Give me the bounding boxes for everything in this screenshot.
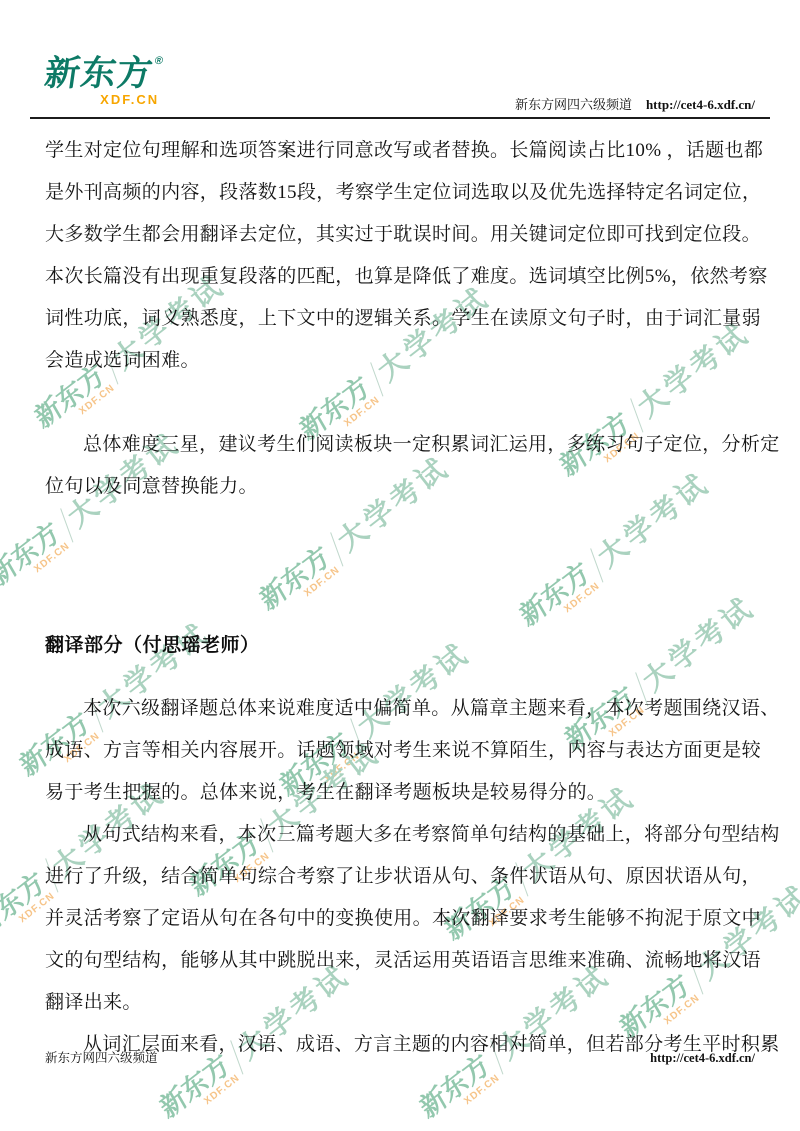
text-line: 从句式结构来看，本次三篇考题大多在考察简单句结构的基础上，将部分句型结构 (45, 814, 757, 856)
text-line: 并灵活考察了定语从句在各句中的变换使用。本次翻译要求考生能够不拘泥于原文中 (45, 898, 757, 940)
text-line: 学生对定位句理解和选项答案进行同意改写或者替换。长篇阅读占比10% ，话题也都 (45, 130, 757, 172)
text-line: 会造成选词困难。 (45, 340, 757, 382)
header-divider (30, 117, 770, 119)
logo-brand-characters: 新东方 (42, 54, 155, 93)
header-meta: 新东方网四六级频道http://cet4-6.xdf.cn/ (515, 94, 755, 113)
text-line: 词性功底，词义熟悉度，上下文中的逻辑关系。学生在读原文句子时，由于词汇量弱 (45, 298, 757, 340)
registered-trademark-icon: ® (154, 55, 165, 67)
footer-url: http://cet4-6.xdf.cn/ (650, 1051, 755, 1066)
text-line: 大多数学生都会用翻译去定位，其实过于耽误时间。用关键词定位即可找到定位段。 (45, 214, 757, 256)
text-line: 是外刊高频的内容，段落数15段，考察学生定位词选取以及优先选择特定名词定位， (45, 172, 757, 214)
document-body: 学生对定位句理解和选项答案进行同意改写或者替换。长篇阅读占比10% ，话题也都是… (45, 130, 757, 1066)
text-line: 成语、方言等相关内容展开。话题领域对考生来说不算陌生，内容与表达方面更是较 (45, 730, 757, 772)
text-line: 文的句型结构，能够从其中跳脱出来，灵活运用英语语言思维来准确、流畅地将汉语 (45, 940, 757, 982)
text-line: 总体难度三星，建议考生们阅读板块一定积累词汇运用，多练习句子定位，分析定 (45, 424, 757, 466)
text-line: 本次长篇没有出现重复段落的匹配，也算是降低了难度。选词填空比例5%，依然考察 (45, 256, 757, 298)
text-line: 进行了升级，结合简单句综合考察了让步状语从句、条件状语从句、原因状语从句， (45, 856, 757, 898)
text-line: 本次六级翻译题总体来说难度适中偏简单。从篇章主题来看，本次考题围绕汉语、 (45, 688, 757, 730)
footer-channel-label: 新东方网四六级频道 (45, 1048, 158, 1066)
paragraph: 学生对定位句理解和选项答案进行同意改写或者替换。长篇阅读占比10% ，话题也都是… (45, 130, 757, 382)
logo-brand-text: 新东方® (43, 56, 165, 91)
header-url: http://cet4-6.xdf.cn/ (646, 97, 755, 112)
paragraph: 总体难度三星，建议考生们阅读板块一定积累词汇运用，多练习句子定位，分析定位句以及… (45, 424, 757, 508)
footer: 新东方网四六级频道 http://cet4-6.xdf.cn/ (45, 1048, 755, 1066)
paragraph: 本次六级翻译题总体来说难度适中偏简单。从篇章主题来看，本次考题围绕汉语、成语、方… (45, 688, 757, 814)
text-line: 位句以及同意替换能力。 (45, 466, 757, 508)
text-line: 翻译出来。 (45, 982, 757, 1024)
paragraph: 从句式结构来看，本次三篇考题大多在考察简单句结构的基础上，将部分句型结构进行了升… (45, 814, 757, 1024)
logo-domain-text: XDF.CN (45, 92, 162, 107)
header-channel-label: 新东方网四六级频道 (515, 97, 632, 112)
xdf-logo: 新东方® XDF.CN (45, 56, 162, 107)
section-heading-block: 翻译部分（付思瑶老师） (45, 625, 757, 667)
section-heading: 翻译部分（付思瑶老师） (45, 625, 757, 667)
text-line: 易于考生把握的。总体来说，考生在翻译考题板块是较易得分的。 (45, 772, 757, 814)
